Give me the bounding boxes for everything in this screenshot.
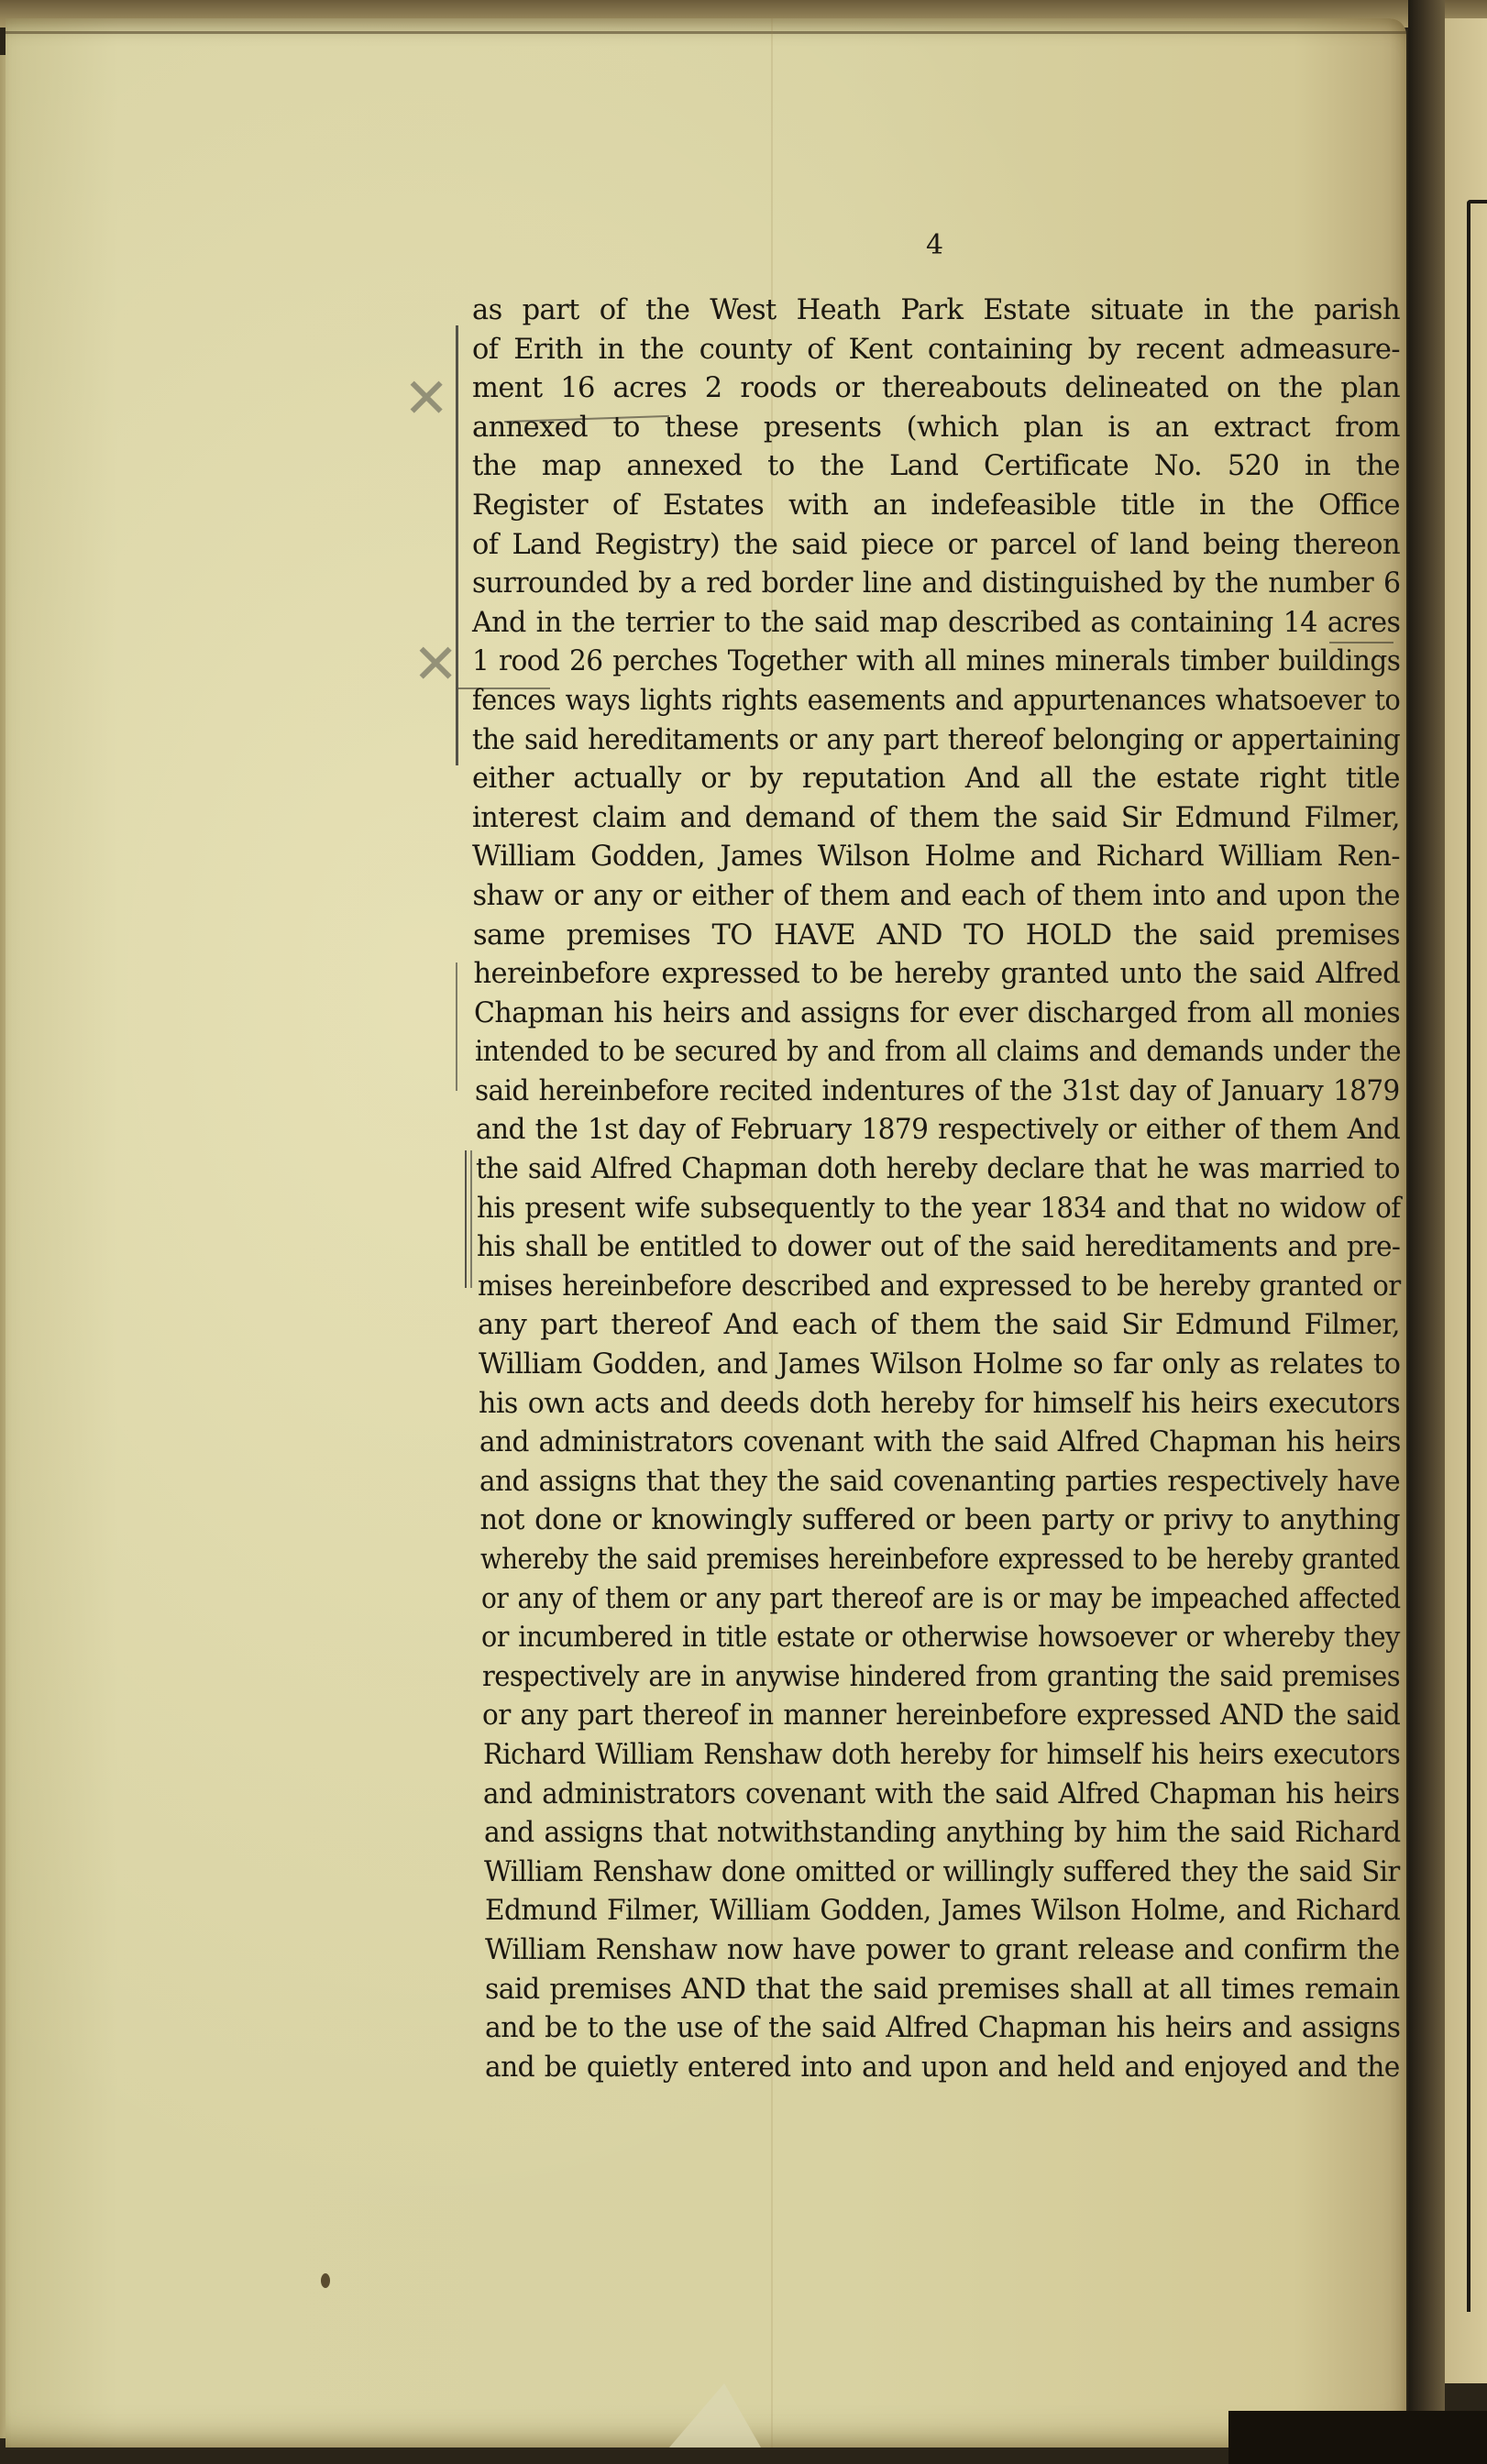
text-line: William Godden, and James Wilson Holme s…: [479, 1346, 1400, 1385]
text-line: of Erith in the county of Kent containin…: [472, 331, 1400, 370]
text-line: either actually or by reputation And all…: [472, 760, 1400, 799]
page-top-edge: [6, 31, 1406, 34]
text-line: surrounded by a red border line and dist…: [472, 565, 1400, 604]
text-line: Chapman his heirs and assigns for ever d…: [474, 995, 1400, 1034]
text-line: and assigns that they the said covenanti…: [479, 1463, 1400, 1502]
text-line: 1 rood 26 perches Together with all mine…: [472, 643, 1400, 682]
deed-body-text: as part of the West Heath Park Estate si…: [472, 291, 1400, 2087]
text-line: as part of the West Heath Park Estate si…: [472, 291, 1400, 331]
text-line: annexed to these presents (which plan is…: [472, 409, 1400, 448]
text-line: the said hereditaments or any part there…: [472, 721, 1400, 761]
text-line: or any of them or any part thereof are i…: [481, 1580, 1401, 1620]
pencil-margin-line: [456, 962, 457, 1091]
text-line: Edmund Filmer, William Godden, James Wil…: [485, 1892, 1400, 1931]
text-line: and assigns that notwithstanding anythin…: [484, 1814, 1401, 1853]
text-line: And in the terrier to the said map descr…: [472, 604, 1400, 643]
text-line: his present wife subsequently to the yea…: [477, 1190, 1401, 1229]
book-gutter: [1408, 0, 1445, 2464]
text-line: William Godden, James Wilson Holme and R…: [472, 838, 1400, 877]
text-line: the map annexed to the Land Certificate …: [472, 447, 1400, 487]
page-number: 4: [926, 229, 943, 261]
text-line: any part thereof And each of them the sa…: [478, 1306, 1400, 1346]
text-line: and be quietly entered into and upon and…: [485, 2049, 1400, 2088]
text-line: or incumbered in title estate or otherwi…: [481, 1619, 1400, 1658]
text-line: Richard William Renshaw doth hereby for …: [483, 1736, 1400, 1776]
text-line: said premises AND that the said premises…: [485, 1971, 1400, 2010]
text-line: the said Alfred Chapman doth hereby decl…: [476, 1150, 1400, 1190]
bottom-corner-shadow: [1228, 2411, 1487, 2464]
text-line: mises hereinbefore described and express…: [478, 1268, 1401, 1307]
text-line: respectively are in anywise hindered fro…: [482, 1658, 1400, 1698]
text-line: William Renshaw now have power to grant …: [485, 1931, 1400, 1971]
adjacent-page-border: [1467, 200, 1487, 2312]
text-line: hereinbefore expressed to be hereby gran…: [474, 955, 1401, 995]
text-line: intended to be secured by and from all c…: [475, 1033, 1401, 1072]
text-line: and be to the use of the said Alfred Cha…: [485, 2009, 1400, 2049]
text-line: William Renshaw done omitted or willingl…: [484, 1853, 1400, 1893]
text-line: and administrators covenant with the sai…: [479, 1424, 1401, 1463]
text-line: of Land Registry) the said piece or parc…: [472, 526, 1400, 566]
text-line: fences ways lights rights easements and …: [472, 682, 1400, 721]
text-line: whereby the said premises hereinbefore e…: [480, 1541, 1400, 1580]
pencil-cross-mark-icon: ✕: [413, 632, 458, 697]
pencil-margin-line: [456, 325, 458, 765]
paper-stain: [321, 2273, 330, 2288]
text-line: shaw or any or either of them and each o…: [473, 877, 1401, 917]
text-line: and the 1st day of February 1879 respect…: [476, 1111, 1400, 1150]
pencil-cross-mark-icon: ✕: [403, 367, 449, 431]
text-line: ment 16 acres 2 roods or thereabouts del…: [472, 369, 1400, 409]
text-line: same premises TO HAVE AND TO HOLD the sa…: [473, 917, 1400, 956]
text-line: said hereinbefore recited indentures of …: [475, 1072, 1400, 1112]
text-line: his own acts and deeds doth hereby for h…: [479, 1385, 1400, 1424]
torn-paper-corner: [669, 2383, 761, 2447]
text-line: not done or knowingly suffered or been p…: [480, 1501, 1401, 1541]
text-line: Register of Estates with an indefeasible…: [472, 487, 1400, 526]
text-line: interest claim and demand of them the sa…: [472, 799, 1400, 839]
text-line: or any part thereof in manner hereinbefo…: [482, 1697, 1400, 1736]
text-line: and administrators covenant with the sai…: [483, 1776, 1400, 1815]
text-line: his shall be entitled to dower out of th…: [477, 1228, 1400, 1268]
pencil-margin-line: [465, 1150, 467, 1288]
